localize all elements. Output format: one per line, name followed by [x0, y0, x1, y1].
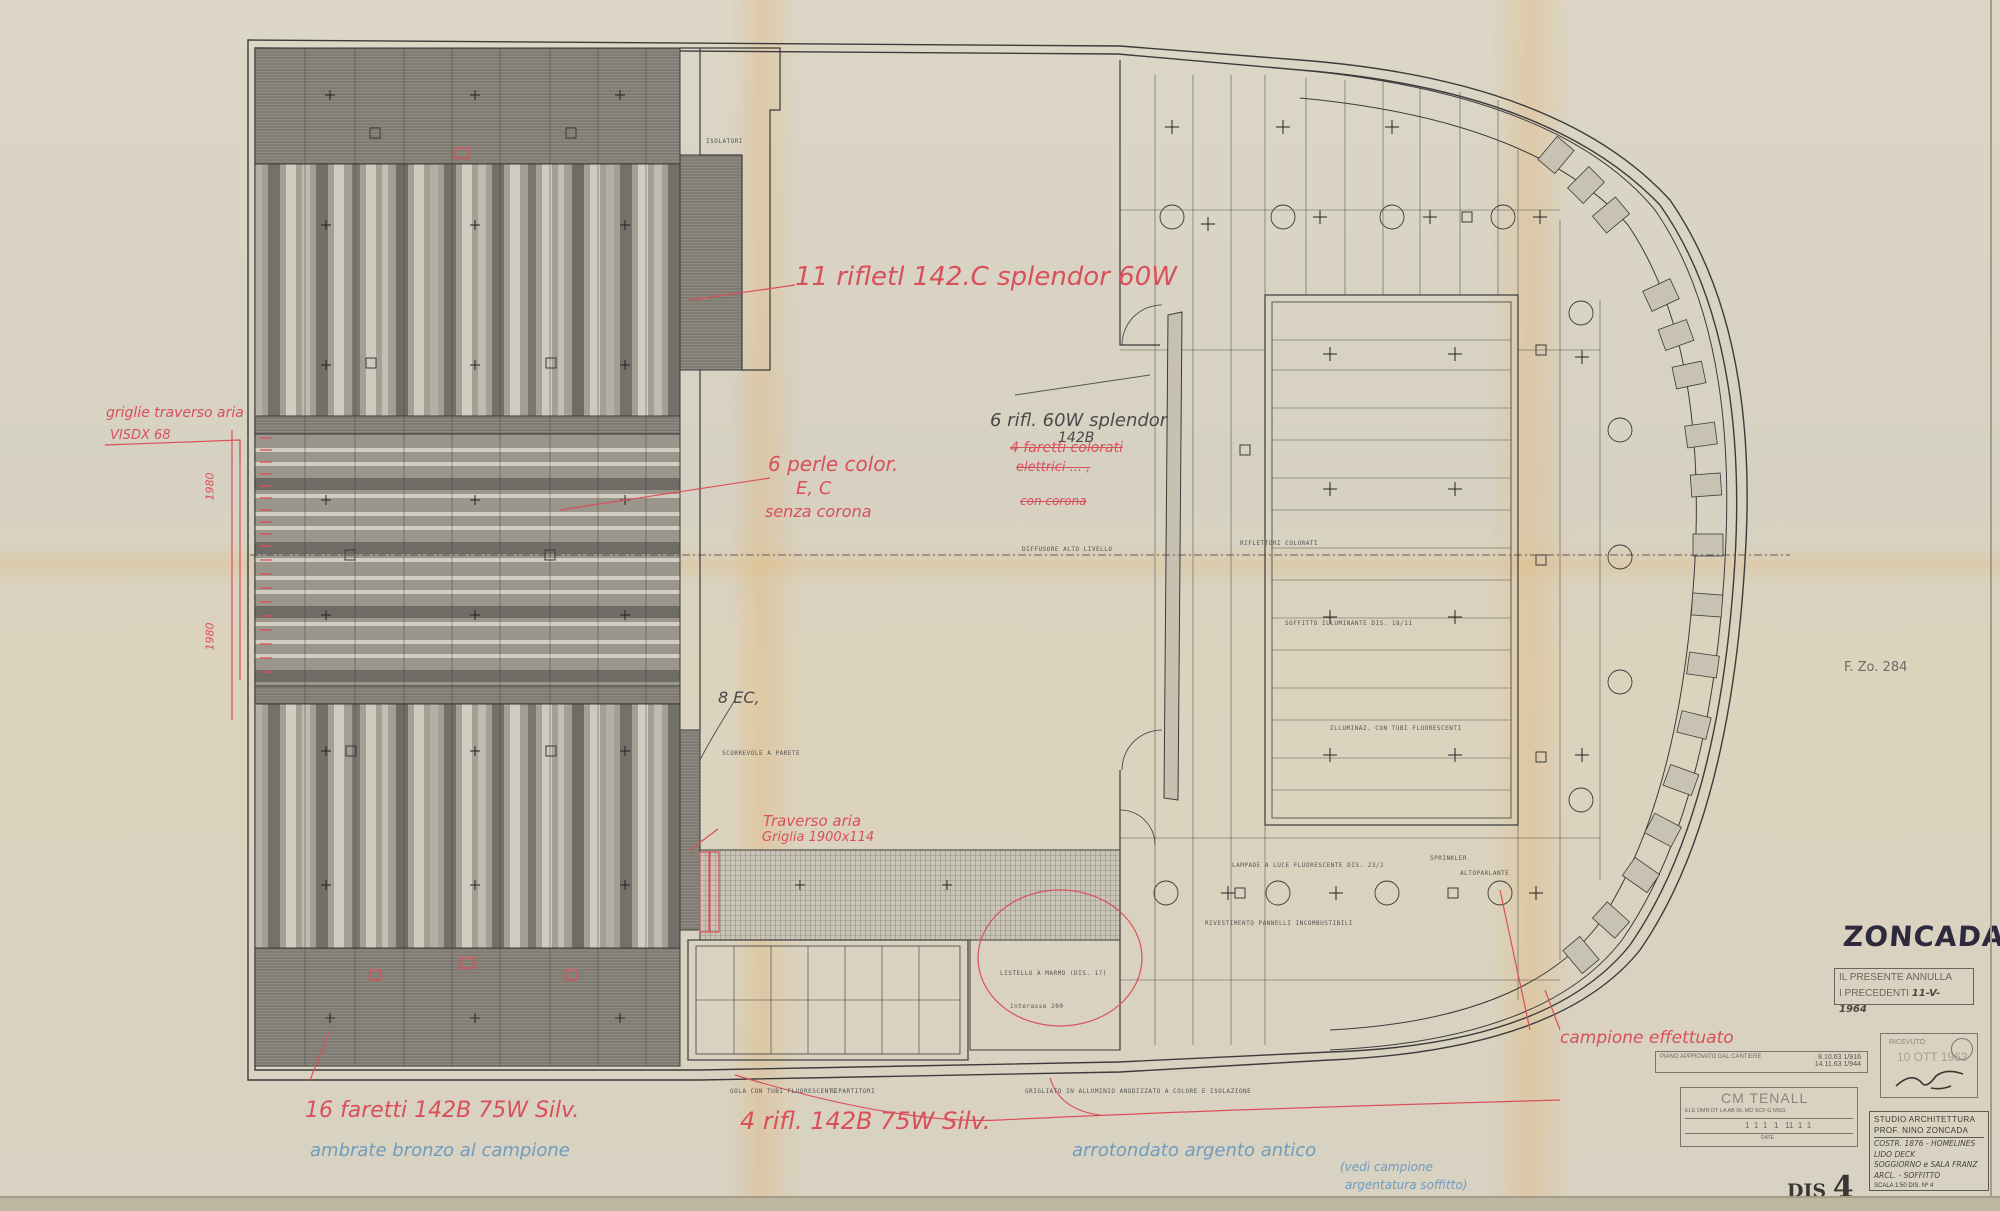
note-riflett-bottom: 4 rifl. 142B 75W Silv. — [740, 1107, 990, 1135]
note-perle-2: E, C — [796, 478, 831, 499]
annulla-line1: IL PRESENTE ANNULLA — [1839, 970, 1969, 986]
label-rivestimento: RIVESTIMENTO PANNELLI INCOMBUSTIBILI — [1205, 920, 1353, 927]
received-label: RICEVUTO — [1889, 1039, 1925, 1046]
note-perle-1: 6 perle color. — [768, 452, 898, 476]
note-struck-3: con corona — [1020, 494, 1087, 508]
approval-number-1: 1/916 — [1843, 1054, 1861, 1061]
label-altoparlante: ALTOPARLANTE — [1460, 870, 1509, 877]
shipyard-values: 1 1 1 1 11 1 1 — [1685, 1121, 1853, 1134]
annulla-stamp: IL PRESENTE ANNULLA I PRECEDENTI 11-V- 1… — [1834, 968, 1974, 1005]
studio-title-block: STUDIO ARCHITETTURA PROF. NINO ZONCADA C… — [1869, 1111, 1989, 1191]
project-line3: SOGGIORNO e SALA FRANZ — [1874, 1160, 1984, 1171]
note-ambrate: ambrate bronzo al campione — [310, 1140, 570, 1161]
label-grigliato: GRIGLIATO IN ALLUMINIO ANODIZZATO A COLO… — [1025, 1088, 1251, 1095]
grilled-ceiling — [700, 850, 1120, 940]
label-diffusore: DIFFUSORE ALTO LIVELLO — [1022, 546, 1112, 553]
project-line1: COSTR. 1876 - HOMELINES — [1874, 1139, 1984, 1150]
left-ceiling-band — [255, 434, 680, 686]
label-interasse: interasse 200 — [1010, 1003, 1063, 1010]
left-ceiling-block-bottom — [255, 686, 700, 1066]
note-campione: campione effettuato — [1560, 1028, 1734, 1048]
shipyard-columns: ELE DMR DT LA AB RL MD SCF G MSG — [1685, 1108, 1853, 1119]
note-griglie-1: griglie traverso aria — [106, 405, 244, 421]
shipyard-stamp: CM TENALL ELE DMR DT LA AB RL MD SCF G M… — [1680, 1087, 1858, 1147]
archive-reference: F. Zo. 284 — [1844, 660, 1907, 675]
note-struck-2: elettrici ... , — [1016, 460, 1090, 475]
sheet-edge — [1990, 0, 1992, 1211]
approval-label: PIANO APPROVATO DAL CANTIERE — [1660, 1054, 1761, 1060]
label-lampade: LAMPADE A LUCE FLUORESCENTE DIS. 23/2 — [1232, 862, 1384, 869]
note-perle-3: senza corona — [765, 502, 872, 521]
project-line2: LIDO DECK — [1874, 1150, 1984, 1161]
label-gola: GOLA CON TUBI FLUORESCENTI — [730, 1088, 837, 1095]
dis-value: 4 — [1930, 1183, 1933, 1189]
approval-date-2: 14.11.63 — [1815, 1061, 1842, 1068]
project-line4: ARCL. - SOFFITTO — [1874, 1171, 1984, 1182]
note-riflett-60w-1: 6 rifl. 60W splendor — [990, 410, 1167, 431]
note-riflett-142c: 11 rifletl 142.C splendor 60W — [795, 262, 1177, 292]
note-faretti: 16 faretti 142B 75W Silv. — [305, 1098, 579, 1123]
note-griglie-2: VISDX 68 — [110, 428, 171, 443]
note-traverso-2: Griglia 1900x114 — [762, 830, 874, 845]
note-argento: arrotondato argento antico — [1072, 1140, 1316, 1161]
shipyard-logo-icon — [1951, 1038, 1973, 1060]
scale-label: SCALA — [1874, 1183, 1893, 1189]
left-ceiling-block-top — [255, 48, 742, 434]
label-scorrevole: SCORREVOLE A PARETE — [722, 750, 800, 757]
signature — [1891, 1064, 1971, 1094]
approval-date-1: 8.10.63 — [1818, 1054, 1841, 1061]
note-sec: 8 EC, — [718, 688, 760, 707]
received-stamp: RICEVUTO 10 OTT 1963 — [1880, 1033, 1978, 1098]
studio-line1: STUDIO ARCHITETTURA — [1874, 1114, 1984, 1125]
label-soffitto: SOFFITTO ILLUMINANTE DIS. 18/11 — [1285, 620, 1412, 627]
annulla-line2: I PRECEDENTI — [1839, 988, 1909, 999]
studio-line2: PROF. NINO ZONCADA — [1874, 1125, 1984, 1136]
note-riflett-60w-2: 142B — [1058, 430, 1094, 446]
label-isolatori: ISOLATORI — [706, 138, 743, 145]
label-listello: LISTELLO A MARMO (DIS. 17) — [1000, 970, 1107, 977]
dim-left-bottom: 1980 — [204, 623, 217, 651]
label-illuminaz: ILLUMINAZ. CON TUBI FLUORESCENTI — [1330, 725, 1462, 732]
approval-stamp: PIANO APPROVATO DAL CANTIERE 8.10.63 1/9… — [1655, 1051, 1868, 1073]
note-traverso-1: Traverso aria — [763, 812, 861, 830]
note-vedi-2: argentatura soffitto) — [1345, 1178, 1467, 1192]
dim-left-top: 1980 — [204, 473, 217, 501]
scale-value: 1:50 — [1895, 1183, 1907, 1189]
approval-number-2: 1/944 — [1843, 1061, 1861, 1068]
architect-stamp: ZONCADA — [1842, 920, 2000, 953]
dis-label: DIS. Nº — [1908, 1183, 1928, 1189]
shipyard-title: CM TENALL — [1721, 1090, 1808, 1106]
sheet-bottom-edge — [0, 1196, 2000, 1211]
label-sprinkler: SPRINKLER — [1430, 855, 1467, 862]
note-vedi-1: (vedi campione — [1340, 1160, 1433, 1174]
shipyard-footer: DATE — [1761, 1135, 1774, 1141]
label-riflettori: RIFLETTORI COLORATI — [1240, 540, 1318, 547]
